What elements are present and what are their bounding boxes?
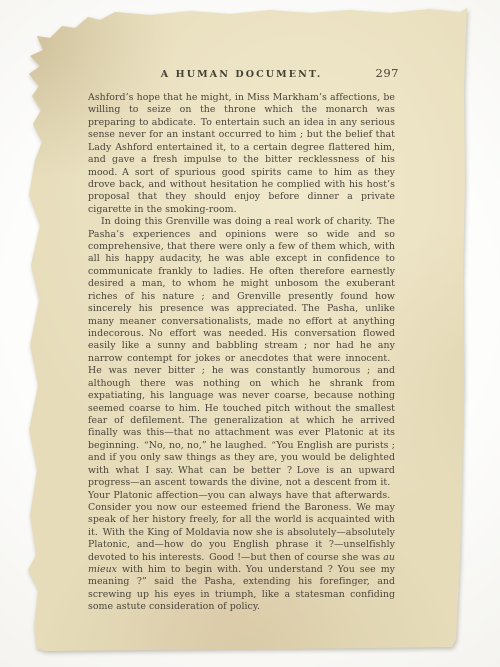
text-segment: Ashford’s hope that he might, in Miss Ma…: [88, 92, 395, 215]
running-head-title: A HUMAN DOCUMENT.: [161, 69, 322, 80]
running-head: A HUMAN DOCUMENT. 297: [88, 69, 395, 81]
paragraph: In doing this Grenville was doing a real…: [88, 216, 395, 614]
page-margins: A HUMAN DOCUMENT. 297 Ashford’s hope tha…: [26, 6, 470, 652]
page-body: Ashford’s hope that he might, in Miss Ma…: [88, 92, 395, 614]
text-segment: with him to begin with. You understand ?…: [88, 564, 395, 612]
book-page: A HUMAN DOCUMENT. 297 Ashford’s hope tha…: [26, 6, 470, 652]
paragraph: Ashford’s hope that he might, in Miss Ma…: [88, 92, 395, 216]
page-number: 297: [376, 67, 399, 79]
page-shadow: A HUMAN DOCUMENT. 297 Ashford’s hope tha…: [26, 6, 470, 652]
text-segment: In doing this Grenville was doing a real…: [88, 216, 395, 562]
scan-background: A HUMAN DOCUMENT. 297 Ashford’s hope tha…: [0, 0, 500, 667]
